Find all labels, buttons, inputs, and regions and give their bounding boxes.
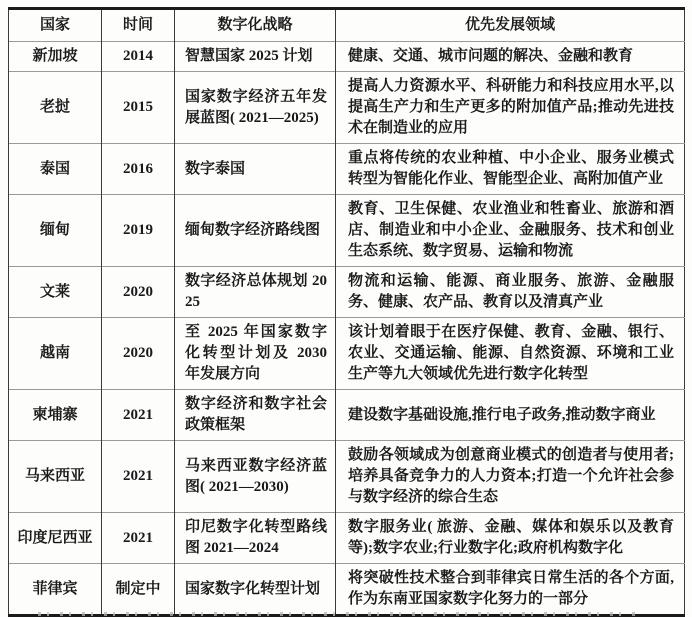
table-row: 马来西亚 2021 马来西亚数字经济蓝图( 2021—2030) 鼓励各领域成为…	[9, 441, 685, 513]
cell-country: 文莱	[9, 267, 102, 318]
cell-strategy: 数字泰国	[175, 144, 336, 195]
cell-country: 菲律宾	[9, 564, 102, 616]
cell-priority: 数字服务业( 旅游、金融、媒体和娱乐以及教育等);数字农业;行业数字化;政府机构…	[336, 513, 685, 564]
table-row: 文莱 2020 数字经济总体规划 2025 物流和运输、能源、商业服务、旅游、金…	[9, 267, 685, 318]
cell-strategy: 国家数字经济五年发展蓝图( 2021—2025)	[175, 72, 336, 144]
cell-year: 2016	[102, 144, 175, 195]
table-row: 印度尼西亚 2021 印尼数字化转型路线图 2021—2024 数字服务业( 旅…	[9, 513, 685, 564]
cell-strategy: 马来西亚数字经济蓝图( 2021—2030)	[175, 441, 336, 513]
cell-country: 泰国	[9, 144, 102, 195]
table-row: 菲律宾 制定中 国家数字化转型计划 将突破性技术整合到菲律宾日常生活的各个方面,…	[9, 564, 685, 616]
cell-priority: 健康、交通、城市问题的解决、金融和教育	[336, 42, 685, 72]
cell-year: 2020	[102, 267, 175, 318]
cell-strategy: 数字经济总体规划 2025	[175, 267, 336, 318]
cell-country: 柬埔寨	[9, 390, 102, 441]
cell-year: 2021	[102, 513, 175, 564]
cell-year: 2020	[102, 318, 175, 390]
table-row: 泰国 2016 数字泰国 重点将传统的农业种植、中小企业、服务业模式转型为智能化…	[9, 144, 685, 195]
cell-year: 2021	[102, 441, 175, 513]
table-row: 老挝 2015 国家数字经济五年发展蓝图( 2021—2025) 提高人力资源水…	[9, 72, 685, 144]
cell-strategy: 缅甸数字经济路线图	[175, 195, 336, 267]
cell-country: 缅甸	[9, 195, 102, 267]
table-row: 柬埔寨 2021 数字经济和数字社会政策框架 建设数字基础设施,推行电子政务,推…	[9, 390, 685, 441]
cell-priority: 重点将传统的农业种植、中小企业、服务业模式转型为智能化作业、智能型企业、高附加值…	[336, 144, 685, 195]
cell-country: 印度尼西亚	[9, 513, 102, 564]
cell-year: 制定中	[102, 564, 175, 616]
column-header-priority: 优先发展领域	[336, 9, 685, 42]
table-row: 缅甸 2019 缅甸数字经济路线图 教育、卫生保健、农业渔业和牲畜业、旅游和酒店…	[9, 195, 685, 267]
cell-priority: 建设数字基础设施,推行电子政务,推动数字商业	[336, 390, 685, 441]
column-header-strategy: 数字化战略	[175, 9, 336, 42]
cell-country: 新加坡	[9, 42, 102, 72]
table-row: 越南 2020 至 2025 年国家数字化转型计划及 2030 年发展方向 该计…	[9, 318, 685, 390]
cell-year: 2021	[102, 390, 175, 441]
column-header-country: 国家	[9, 9, 102, 42]
cell-strategy: 印尼数字化转型路线图 2021—2024	[175, 513, 336, 564]
cell-country: 越南	[9, 318, 102, 390]
cell-priority: 该计划着眼于在医疗保健、教育、金融、银行、农业、交通运输、能源、自然资源、环境和…	[336, 318, 685, 390]
cell-country: 马来西亚	[9, 441, 102, 513]
column-header-year: 时间	[102, 9, 175, 42]
cell-priority: 提高人力资源水平、科研能力和科技应用水平,以提高生产力和生产更多的附加值产品;推…	[336, 72, 685, 144]
table-row: 新加坡 2014 智慧国家 2025 计划 健康、交通、城市问题的解决、金融和教…	[9, 42, 685, 72]
cell-priority: 将突破性技术整合到菲律宾日常生活的各个方面,作为东南亚国家数字化努力的一部分	[336, 564, 685, 616]
cell-year: 2014	[102, 42, 175, 72]
digital-strategy-table: 国家 时间 数字化战略 优先发展领域 新加坡 2014 智慧国家 2025 计划…	[8, 7, 685, 617]
cell-priority: 鼓励各领域成为创意商业模式的创造者与使用者;培养具备竞争力的人力资本;打造一个允…	[336, 441, 685, 513]
scanned-document-page: 国家 时间 数字化战略 优先发展领域 新加坡 2014 智慧国家 2025 计划…	[0, 0, 692, 617]
cell-year: 2019	[102, 195, 175, 267]
header-row: 国家 时间 数字化战略 优先发展领域	[9, 9, 685, 42]
cutoff-source-note-fragment	[38, 612, 638, 616]
cell-strategy: 数字经济和数字社会政策框架	[175, 390, 336, 441]
cell-priority: 物流和运输、能源、商业服务、旅游、金融服务、健康、农产品、教育以及清真产业	[336, 267, 685, 318]
cell-strategy: 至 2025 年国家数字化转型计划及 2030 年发展方向	[175, 318, 336, 390]
cell-priority: 教育、卫生保健、农业渔业和牲畜业、旅游和酒店、制造业和中小企业、金融服务、技术和…	[336, 195, 685, 267]
cell-strategy: 智慧国家 2025 计划	[175, 42, 336, 72]
cell-strategy: 国家数字化转型计划	[175, 564, 336, 616]
cell-country: 老挝	[9, 72, 102, 144]
cell-year: 2015	[102, 72, 175, 144]
